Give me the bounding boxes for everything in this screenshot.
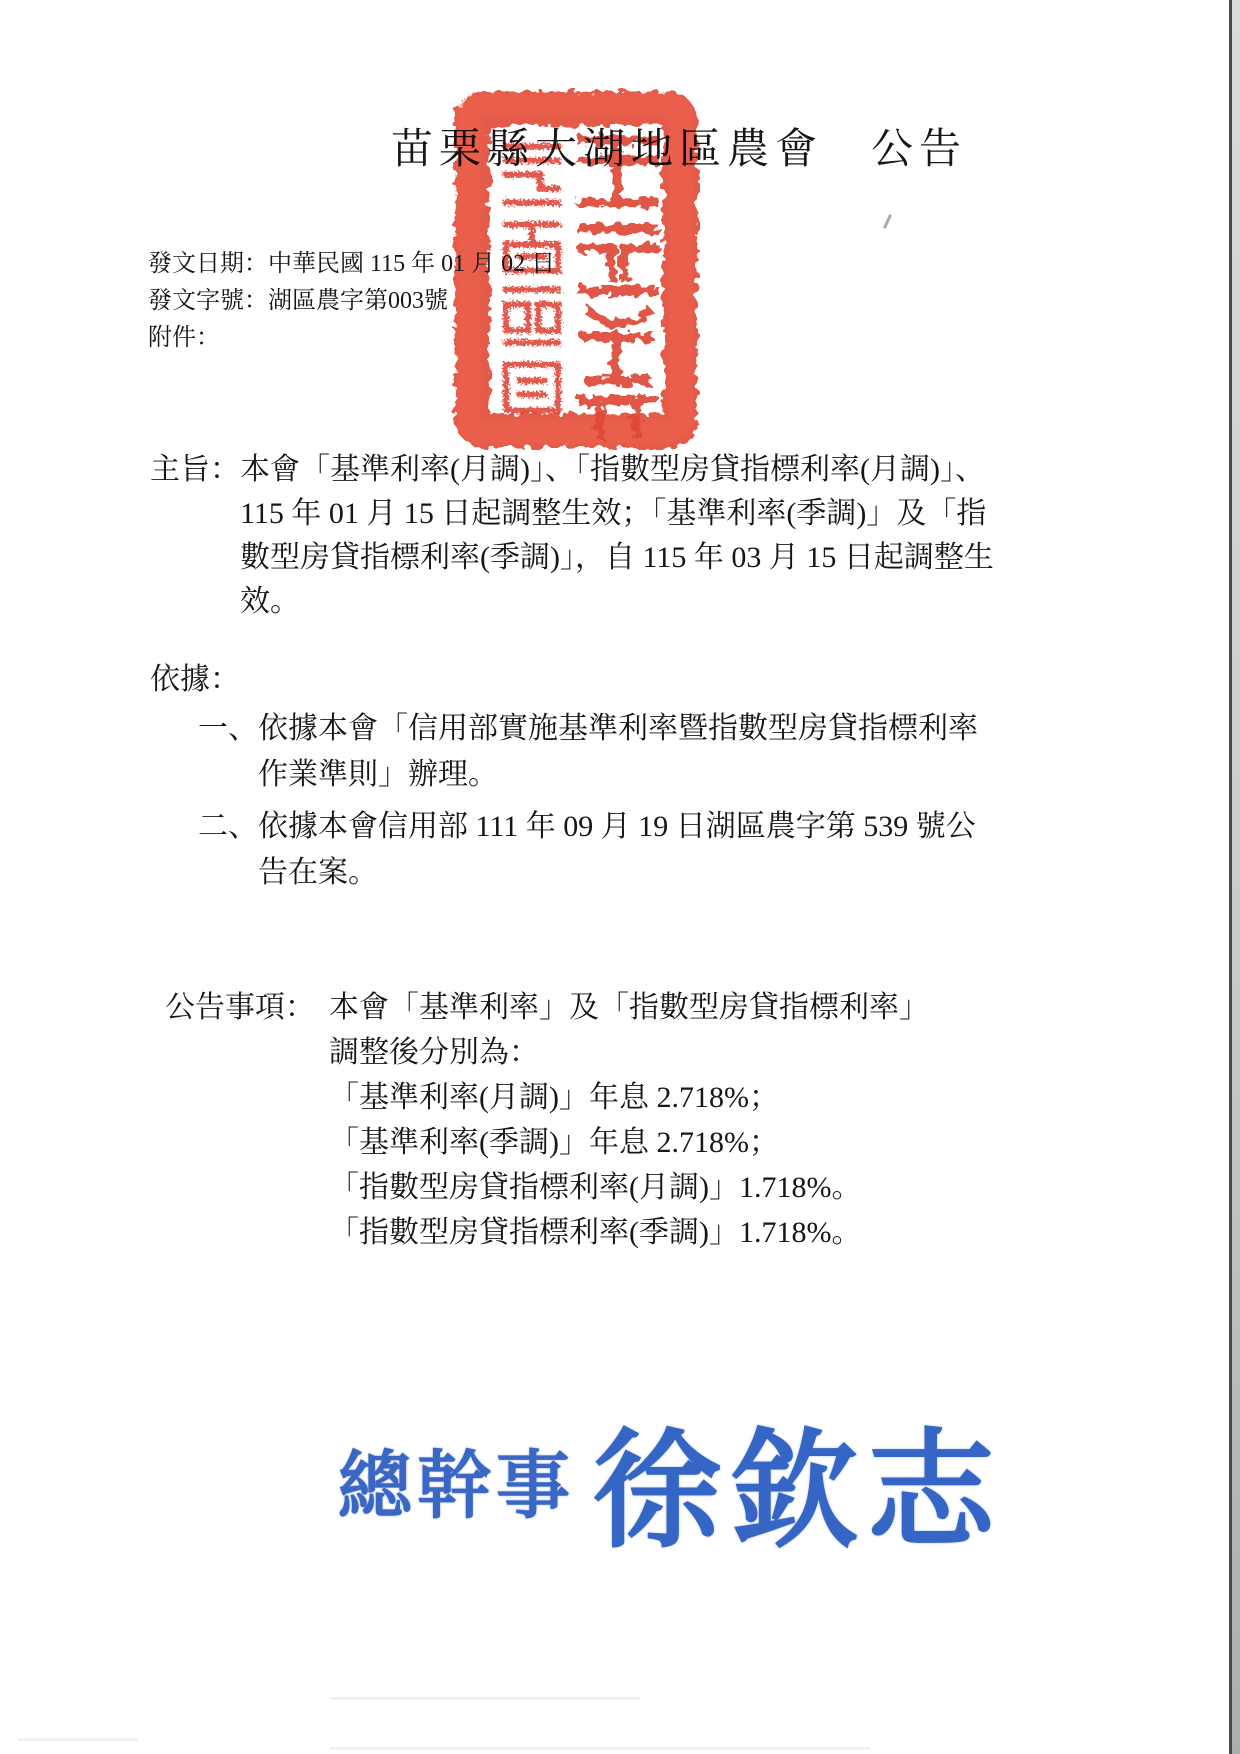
subject-line: 115 年 01 月 15 日起調整生效；「基準利率(季調)」及「指 bbox=[240, 492, 994, 536]
subject-line: 效。 bbox=[240, 580, 994, 624]
announcement-rate-line: 「指數型房貸指標利率(季調)」1.718%。 bbox=[329, 1210, 929, 1255]
signature-name: 徐欽志 bbox=[593, 1388, 1004, 1572]
basis-item: 二、 依據本會信用部 111 年 09 月 19 日湖區農字第 539 號公 告… bbox=[150, 804, 978, 896]
announcement-section: 公告事項： 本會「基準利率」及「指數型房貸指標利率」 調整後分別為： 「基準利率… bbox=[165, 985, 929, 1255]
basis-label: 依據： bbox=[150, 660, 978, 700]
basis-item: 一、 依據本會「信用部實施基準利率暨指數型房貸指標利率 作業準則」辦理。 bbox=[150, 706, 978, 798]
basis-item-line: 告在案。 bbox=[258, 850, 976, 896]
subject-line: 數型房貸指標利率(季調)」，自 115 年 03 月 15 日起調整生 bbox=[240, 536, 994, 580]
announcement-label: 公告事項： bbox=[165, 985, 315, 1255]
announcement-intro-line: 本會「基準利率」及「指數型房貸指標利率」 bbox=[329, 985, 929, 1030]
announcement-rate-line: 「基準利率(季調)」年息 2.718%； bbox=[329, 1120, 929, 1165]
scan-mark bbox=[883, 214, 892, 229]
subject-label: 主旨： bbox=[150, 448, 240, 624]
signature-title: 總幹事 bbox=[338, 1427, 575, 1533]
subject-section: 主旨： 本會「基準利率(月調)」、「指數型房貸指標利率(月調)」、 115 年 … bbox=[150, 448, 994, 624]
scan-streak bbox=[330, 1697, 640, 1700]
general-manager-signature-stamp: 總幹事 徐欽志 bbox=[338, 1388, 1004, 1572]
basis-item-number: 一、 bbox=[198, 706, 244, 798]
basis-item-number: 二、 bbox=[198, 804, 244, 896]
announcement-rate-line: 「指數型房貸指標利率(月調)」1.718%。 bbox=[329, 1165, 929, 1210]
basis-section: 依據： 一、 依據本會「信用部實施基準利率暨指數型房貸指標利率 作業準則」辦理。… bbox=[150, 660, 978, 896]
meta-issue-date: 發文日期：中華民國 115 年 01 月 02 日 bbox=[148, 246, 555, 283]
basis-item-line: 依據本會信用部 111 年 09 月 19 日湖區農字第 539 號公 bbox=[258, 804, 976, 850]
subject-content: 本會「基準利率(月調)」、「指數型房貸指標利率(月調)」、 115 年 01 月… bbox=[240, 448, 994, 624]
scan-streak bbox=[330, 1747, 870, 1750]
scan-streak bbox=[18, 1738, 138, 1741]
announcement-rate-line: 「基準利率(月調)」年息 2.718%； bbox=[329, 1075, 929, 1120]
basis-item-content: 依據本會「信用部實施基準利率暨指數型房貸指標利率 作業準則」辦理。 bbox=[258, 706, 978, 798]
scanned-announcement-page: 苗栗縣大湖地區農會 公告 bbox=[0, 0, 1240, 1754]
meta-attachment: 附件： bbox=[148, 320, 555, 357]
announcement-line: 調整後分別為： bbox=[329, 1030, 929, 1075]
scan-edge-band bbox=[1232, 0, 1240, 1754]
meta-doc-number: 發文字號：湖區農字第003號 bbox=[148, 283, 555, 320]
basis-item-line: 作業準則」辦理。 bbox=[258, 752, 978, 798]
announcement-content: 本會「基準利率」及「指數型房貸指標利率」 調整後分別為： 「基準利率(月調)」年… bbox=[329, 985, 929, 1255]
basis-item-content: 依據本會信用部 111 年 09 月 19 日湖區農字第 539 號公 告在案。 bbox=[258, 804, 976, 896]
basis-item-line: 依據本會「信用部實施基準利率暨指數型房貸指標利率 bbox=[258, 706, 978, 752]
subject-line: 本會「基準利率(月調)」、「指數型房貸指標利率(月調)」、 bbox=[240, 448, 994, 492]
document-meta: 發文日期：中華民國 115 年 01 月 02 日 發文字號：湖區農字第003號… bbox=[148, 246, 555, 357]
